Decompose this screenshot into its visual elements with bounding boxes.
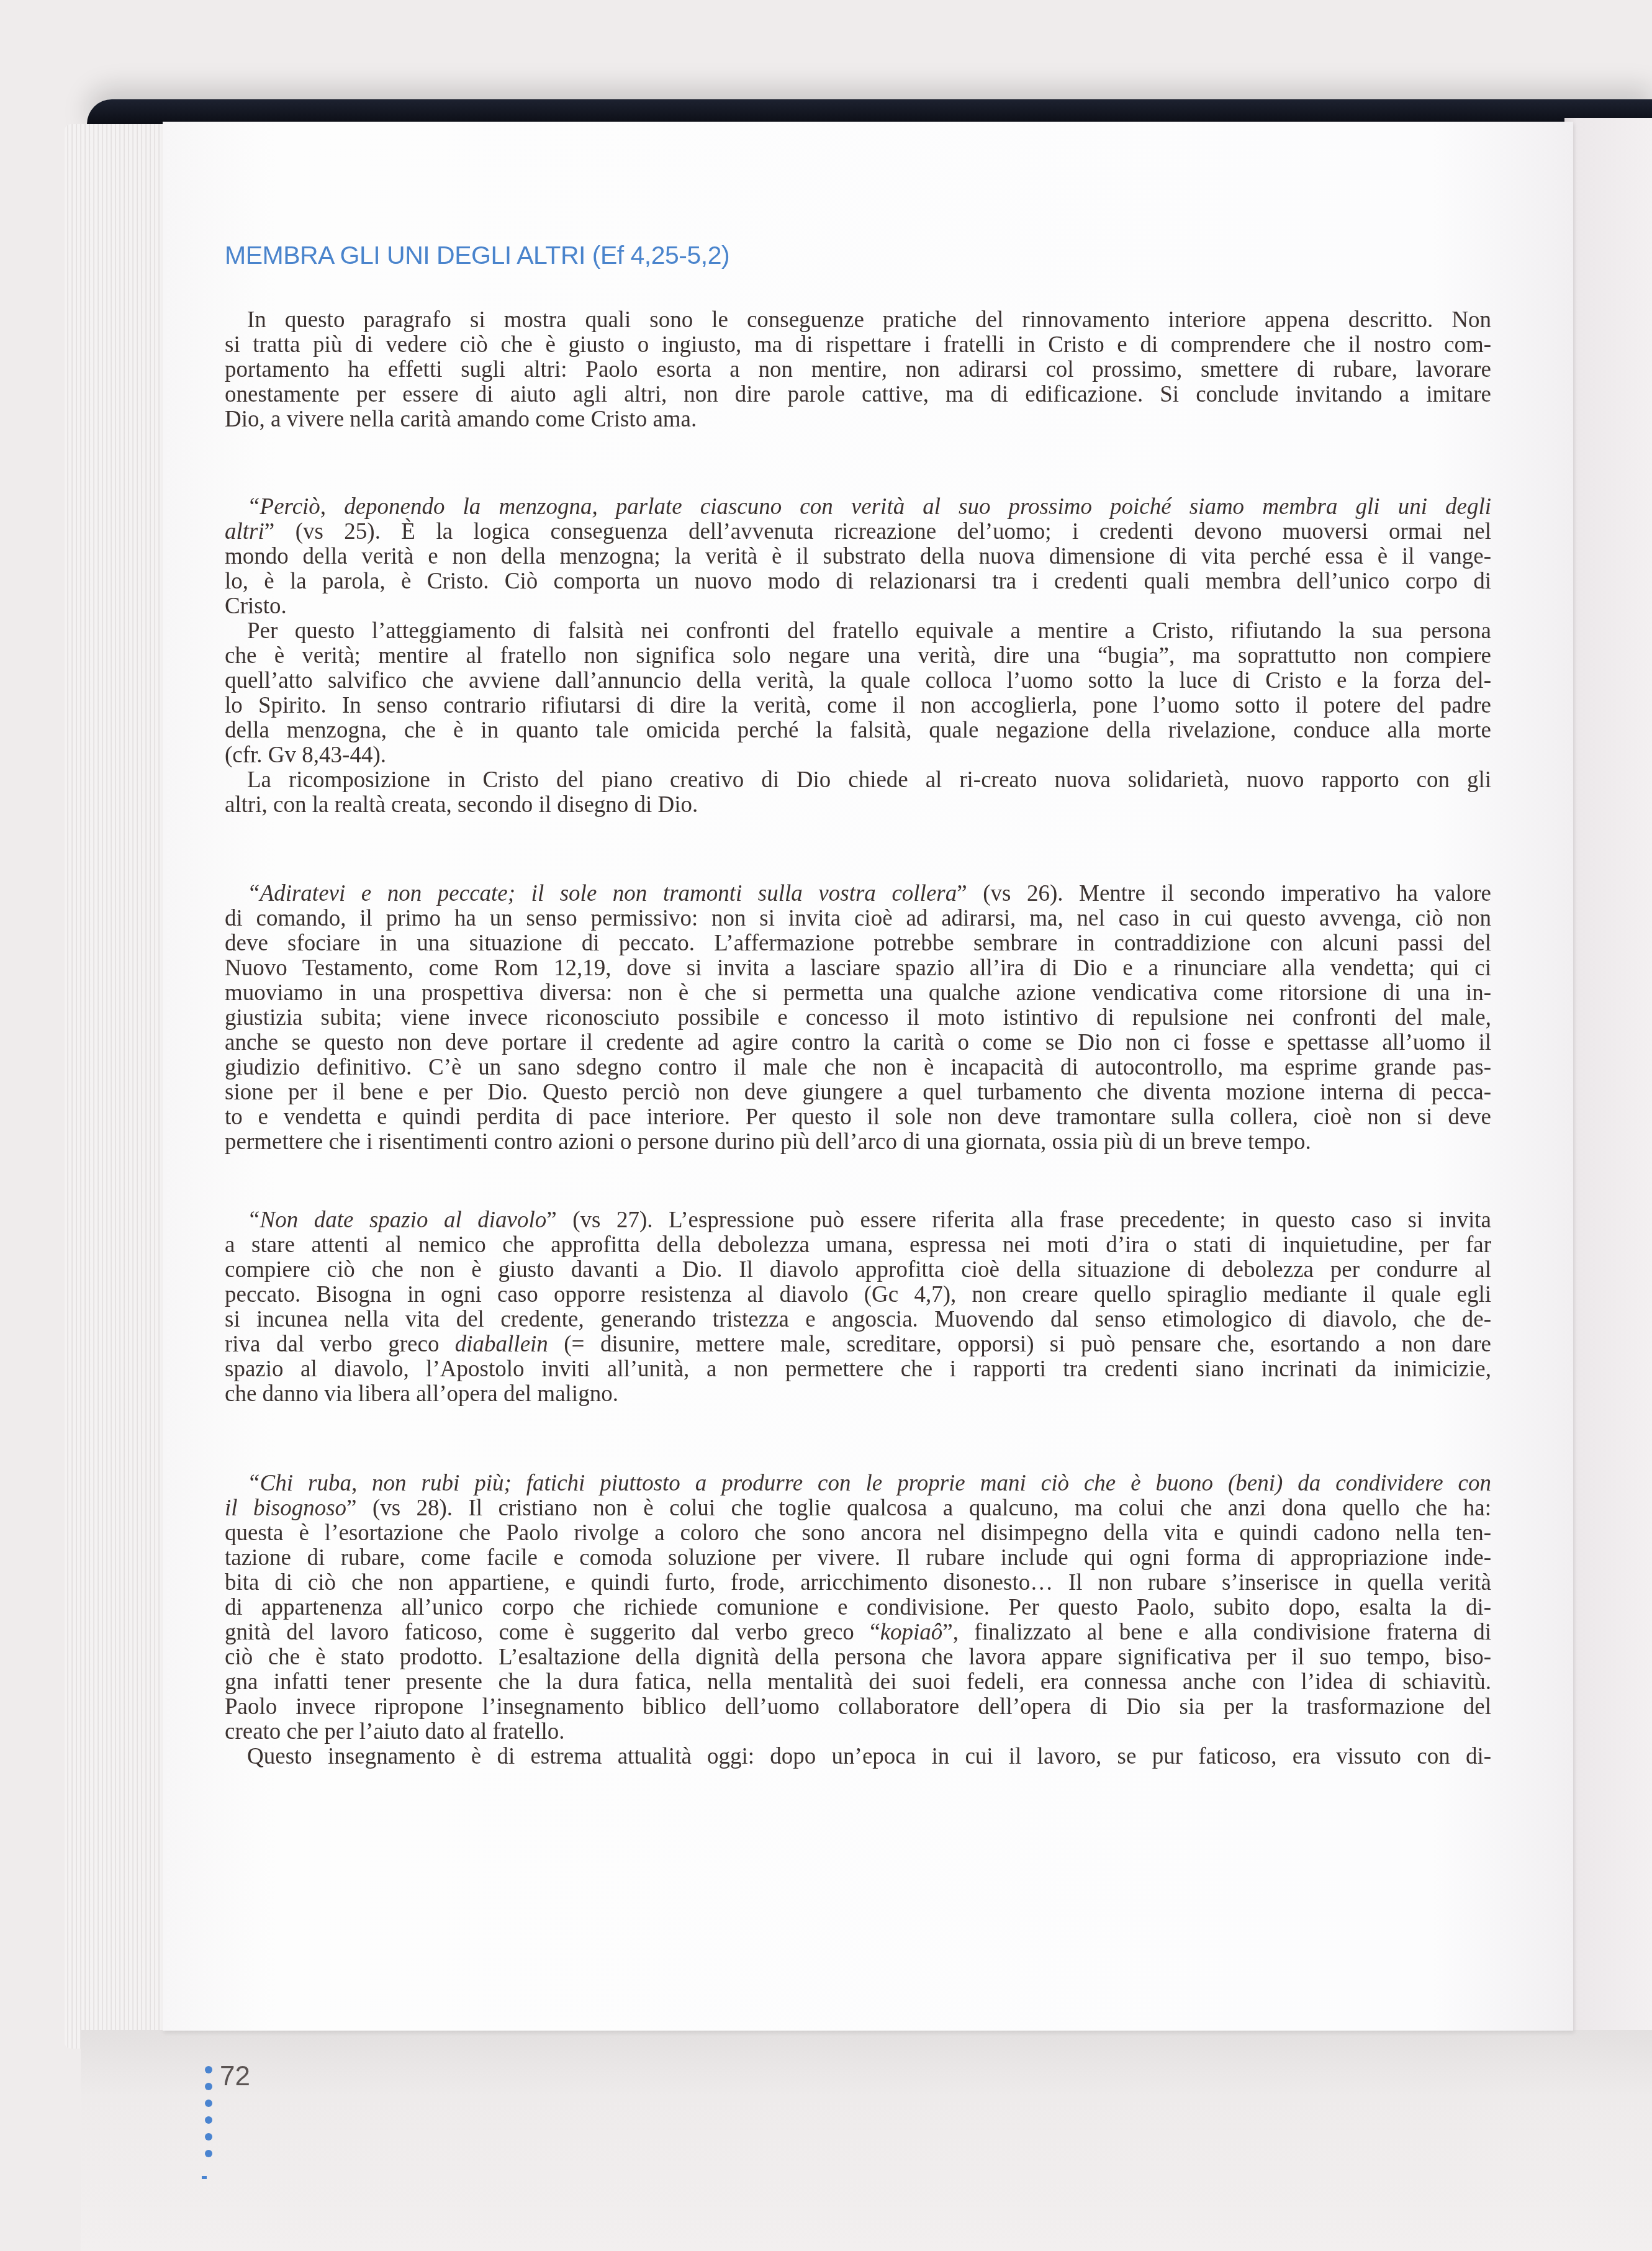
page-number: 72 — [220, 2061, 250, 2092]
facing-page-edge — [1564, 118, 1652, 2049]
text-segment: Cristo. — [225, 593, 287, 619]
text-line: gnità del lavoro faticoso, come è sugger… — [225, 1620, 1491, 1645]
italic-quote-segment: il bisognoso — [225, 1495, 346, 1521]
text-line: anche se questo non deve portare il cred… — [225, 1031, 1491, 1055]
italic-quote-segment: “Chi ruba, non rubi più; fatichi piuttos… — [247, 1471, 1491, 1496]
text-segment: riva dal verbo greco — [225, 1332, 455, 1357]
scanner-background — [81, 2030, 1652, 2251]
text-line: riva dal verbo greco diaballein (= disun… — [225, 1332, 1491, 1357]
text-segment: ” (vs 28). Il cristiano non è colui che … — [346, 1495, 1491, 1521]
text-segment: ” (vs 25). È la logica conseguenza dell’… — [264, 519, 1491, 544]
folio-dot-icon — [205, 2116, 212, 2124]
text-line: giustizia subita; viene invece riconosci… — [225, 1006, 1491, 1031]
text-segment: compiere ciò che non è giusto davanti a … — [225, 1257, 1491, 1283]
text-line: della menzogna, che è in quanto tale omi… — [225, 718, 1491, 743]
text-line: spazio al diavolo, l’Apostolo inviti all… — [225, 1357, 1491, 1382]
text-line: Questo insegnamento è di estrema attuali… — [225, 1744, 1491, 1769]
text-segment: sione per il bene e per Dio. Questo perc… — [225, 1080, 1491, 1105]
text-segment: spazio al diavolo, l’Apostolo inviti all… — [225, 1356, 1491, 1382]
text-line: Paolo invece ripropone l’insegnamento bi… — [225, 1695, 1491, 1720]
text-segment: (cfr. Gv 8,43-44). — [225, 742, 386, 768]
text-segment: muoviamo in una prospettiva diversa: non… — [225, 980, 1491, 1006]
text-segment: to e vendetta e quindi perdita di pace i… — [225, 1104, 1491, 1130]
text-line: deve sfociare in una situazione di pecca… — [225, 931, 1491, 956]
folio-dot-icon — [205, 2100, 212, 2107]
italic-quote-segment: diaballein — [455, 1332, 548, 1357]
text-segment: portamento ha effetti sugli altri: Paolo… — [225, 357, 1491, 382]
folio-dot-icon — [205, 2133, 212, 2140]
text-line: portamento ha effetti sugli altri: Paolo… — [225, 358, 1491, 382]
text-line: (cfr. Gv 8,43-44). — [225, 743, 1491, 768]
section-heading: MEMBRA GLI UNI DEGLI ALTRI (Ef 4,25-5,2) — [225, 241, 729, 270]
text-line: questa è l’esortazione che Paolo rivolge… — [225, 1521, 1491, 1546]
text-segment: gna infatti tener presente che la dura f… — [225, 1669, 1491, 1695]
text-segment: Dio, a vivere nella carità amando come C… — [225, 407, 697, 432]
text-line: Nuovo Testamento, come Rom 12,19, dove s… — [225, 956, 1491, 981]
text-segment: ” (vs 27). L’espressione può essere rife… — [546, 1207, 1491, 1233]
text-line: “Adiratevi e non peccate; il sole non tr… — [225, 882, 1491, 906]
text-line: In questo paragrafo si mostra quali sono… — [225, 308, 1491, 333]
text-segment: peccato. Bisogna in ogni caso opporre re… — [225, 1282, 1491, 1307]
text-segment: bita di ciò che non appartiene, e quindi… — [225, 1570, 1491, 1595]
text-line: il bisognoso” (vs 28). Il cristiano non … — [225, 1496, 1491, 1521]
text-segment: giustizia subita; viene invece riconosci… — [225, 1005, 1491, 1031]
text-line: gna infatti tener presente che la dura f… — [225, 1670, 1491, 1695]
stray-blue-mark — [202, 2176, 207, 2179]
italic-quote-segment: altri — [225, 519, 264, 544]
text-line: onestamente per essere di aiuto agli alt… — [225, 382, 1491, 407]
text-line: giudizio definitivo. C’è un sano sdegno … — [225, 1055, 1491, 1080]
text-segment: permettere che i risentimenti contro azi… — [225, 1129, 1311, 1155]
text-segment: mondo della verità e non della menzogna;… — [225, 544, 1491, 569]
italic-quote-segment: kopiaô — [880, 1620, 943, 1645]
text-line: sione per il bene e per Dio. Questo perc… — [225, 1080, 1491, 1105]
text-line: di comando, il primo ha un senso permiss… — [225, 906, 1491, 931]
text-segment: lo Spirito. In senso contrario rifiutars… — [225, 693, 1491, 718]
text-segment: lo, è la parola, è Cristo. Ciò comporta … — [225, 569, 1491, 594]
text-line: di appartenenza all’unico corpo che rich… — [225, 1595, 1491, 1620]
text-segment: ciò che è stato prodotto. L’esaltazione … — [225, 1644, 1491, 1670]
text-segment: che è verità; mentire al fratello non si… — [225, 643, 1491, 669]
text-line: Dio, a vivere nella carità amando come C… — [225, 407, 1491, 432]
text-segment: che danno via libera all’opera del malig… — [225, 1381, 618, 1407]
text-line: altri” (vs 25). È la logica conseguenza … — [225, 520, 1491, 544]
text-segment: si incunea nella vita del credente, gene… — [225, 1307, 1491, 1332]
text-segment: di appartenenza all’unico corpo che rich… — [225, 1595, 1491, 1620]
text-segment: altri, con la realtà creata, secondo il … — [225, 792, 698, 818]
text-segment: In questo paragrafo si mostra quali sono… — [247, 307, 1491, 333]
text-line: creato che per l’aiuto dato al fratello. — [225, 1720, 1491, 1744]
page-folio: 72 — [205, 2055, 279, 2179]
italic-quote-segment: “Perciò, deponendo la menzogna, parlate … — [247, 494, 1491, 520]
text-segment: di comando, il primo ha un senso permiss… — [225, 906, 1491, 931]
text-line: La ricomposizione in Cristo del piano cr… — [225, 768, 1491, 793]
text-segment: Questo insegnamento è di estrema attuali… — [247, 1744, 1491, 1769]
text-segment: della menzogna, che è in quanto tale omi… — [225, 718, 1491, 743]
text-segment: gnità del lavoro faticoso, come è sugger… — [225, 1620, 880, 1645]
text-line: che danno via libera all’opera del malig… — [225, 1382, 1491, 1407]
text-segment: questa è l’esortazione che Paolo rivolge… — [225, 1520, 1491, 1546]
text-line: tazione di rubare, come facile e comoda … — [225, 1546, 1491, 1571]
text-line: “Perciò, deponendo la menzogna, parlate … — [225, 495, 1491, 520]
text-segment: Per questo l’atteggiamento di falsità ne… — [247, 618, 1491, 644]
text-segment: Nuovo Testamento, come Rom 12,19, dove s… — [225, 955, 1491, 981]
folio-dot-icon — [205, 2066, 212, 2073]
text-segment: si tratta più di vedere ciò che è giusto… — [225, 332, 1491, 358]
italic-quote-segment: “Non date spazio al diavolo — [247, 1207, 546, 1233]
text-line: Per questo l’atteggiamento di falsità ne… — [225, 619, 1491, 644]
text-segment: anche se questo non deve portare il cred… — [225, 1030, 1491, 1055]
text-line: permettere che i risentimenti contro azi… — [225, 1130, 1491, 1155]
text-line: “Chi ruba, non rubi più; fatichi piuttos… — [225, 1471, 1491, 1496]
text-line: altri, con la realtà creata, secondo il … — [225, 793, 1491, 818]
text-line: Cristo. — [225, 594, 1491, 619]
page-stack-edge — [65, 124, 164, 2049]
text-segment: (= disunire, mettere male, screditare, o… — [548, 1332, 1491, 1357]
text-segment: La ricomposizione in Cristo del piano cr… — [247, 767, 1491, 793]
text-segment: giudizio definitivo. C’è un sano sdegno … — [225, 1055, 1491, 1080]
folio-dot-icon — [205, 2083, 212, 2090]
text-line: a stare attenti al nemico che approfitta… — [225, 1233, 1491, 1258]
text-line: quell’atto salvifico che avviene dall’an… — [225, 669, 1491, 693]
text-line: “Non date spazio al diavolo” (vs 27). L’… — [225, 1208, 1491, 1233]
text-segment: tazione di rubare, come facile e comoda … — [225, 1545, 1491, 1571]
text-line: bita di ciò che non appartiene, e quindi… — [225, 1571, 1491, 1595]
text-line: mondo della verità e non della menzogna;… — [225, 544, 1491, 569]
text-segment: a stare attenti al nemico che approfitta… — [225, 1232, 1491, 1258]
folio-dot-icon — [205, 2150, 212, 2157]
text-line: che è verità; mentire al fratello non si… — [225, 644, 1491, 669]
text-segment: Paolo invece ripropone l’insegnamento bi… — [225, 1694, 1491, 1720]
text-line: lo Spirito. In senso contrario rifiutars… — [225, 693, 1491, 718]
text-segment: creato che per l’aiuto dato al fratello. — [225, 1719, 565, 1744]
text-segment: ” (vs 26). Mentre il secondo imperativo … — [957, 881, 1491, 906]
text-line: ciò che è stato prodotto. L’esaltazione … — [225, 1645, 1491, 1670]
text-segment: quell’atto salvifico che avviene dall’an… — [225, 668, 1491, 693]
text-line: compiere ciò che non è giusto davanti a … — [225, 1258, 1491, 1283]
italic-quote-segment: “Adiratevi e non peccate; il sole non tr… — [247, 881, 957, 906]
text-line: peccato. Bisogna in ogni caso opporre re… — [225, 1283, 1491, 1307]
text-segment: onestamente per essere di aiuto agli alt… — [225, 382, 1491, 407]
text-segment: ”, finalizzato al bene e alla condivisio… — [942, 1620, 1491, 1645]
text-segment: deve sfociare in una situazione di pecca… — [225, 931, 1491, 956]
text-line: muoviamo in una prospettiva diversa: non… — [225, 981, 1491, 1006]
text-line: to e vendetta e quindi perdita di pace i… — [225, 1105, 1491, 1130]
text-line: si incunea nella vita del credente, gene… — [225, 1307, 1491, 1332]
text-line: si tratta più di vedere ciò che è giusto… — [225, 333, 1491, 358]
text-line: lo, è la parola, è Cristo. Ciò comporta … — [225, 569, 1491, 594]
